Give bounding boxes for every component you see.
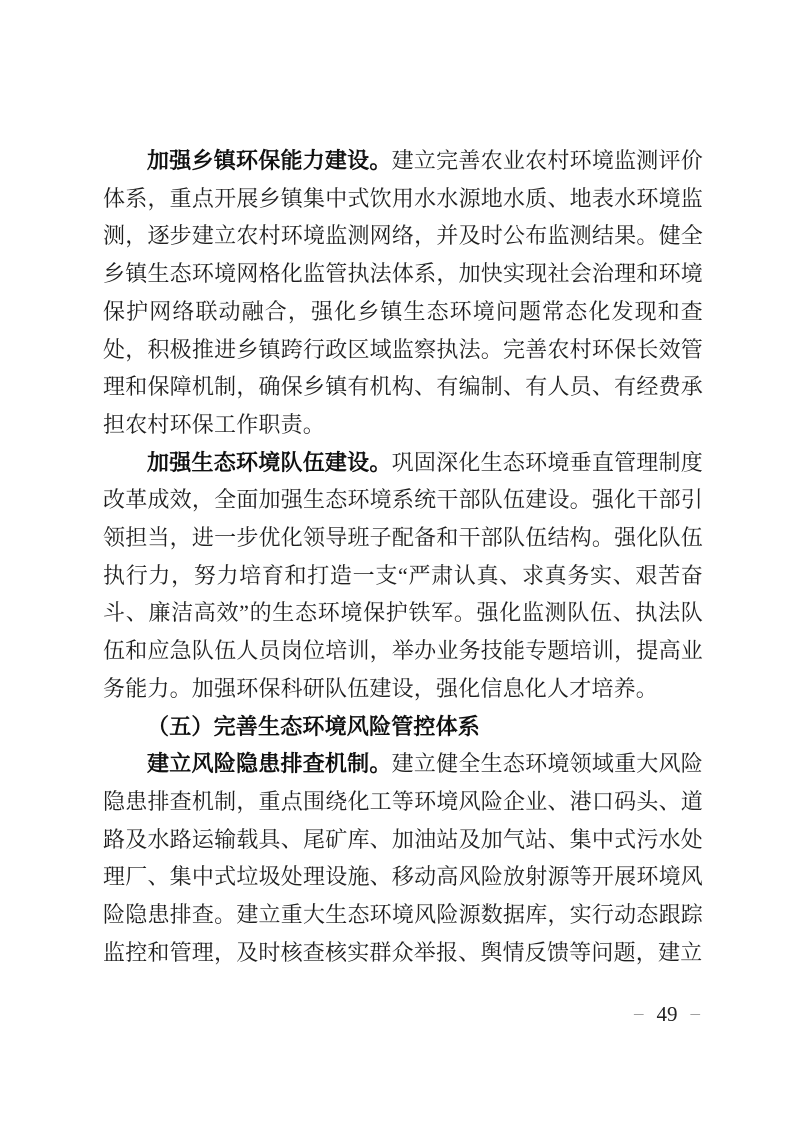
paragraph-lead-heading: 加强乡镇环保能力建设。 xyxy=(147,148,392,173)
paragraph: 加强生态环境队伍建设。巩固深化生态环境垂直管理制度改革成效，全面加强生态环境系统… xyxy=(103,444,703,708)
paragraph-body-text: 建立完善农业农村环境监测评价体系，重点开展乡镇集中式饮用水水源地水质、地表水环境… xyxy=(103,148,703,437)
paragraph-lead-heading: 加强生态环境队伍建设。 xyxy=(147,450,392,475)
document-page: 加强乡镇环保能力建设。建立完善农业农村环境监测评价体系，重点开展乡镇集中式饮用水… xyxy=(0,0,793,1122)
section-heading: （五）完善生态环境风险管控体系 xyxy=(103,708,703,746)
paragraph-lead-heading: 建立风险隐患排查机制。 xyxy=(147,751,392,776)
page-number: 49 xyxy=(657,1000,678,1028)
page-footer: – 49 – xyxy=(617,1000,717,1028)
paragraph: 建立风险隐患排查机制。建立健全生态环境领域重大风险隐患排查机制，重点围绕化工等环… xyxy=(103,745,703,971)
content-area: 加强乡镇环保能力建设。建立完善农业农村环境监测评价体系，重点开展乡镇集中式饮用水… xyxy=(103,142,703,971)
paragraph-body-text: 巩固深化生态环境垂直管理制度改革成效，全面加强生态环境系统干部队伍建设。强化干部… xyxy=(103,450,703,701)
paragraph-body-text: 建立健全生态环境领域重大风险隐患排查机制，重点围绕化工等环境风险企业、港口码头、… xyxy=(103,751,703,965)
footer-dash-left: – xyxy=(634,1000,644,1028)
footer-dash-right: – xyxy=(691,1000,701,1028)
paragraph: 加强乡镇环保能力建设。建立完善农业农村环境监测评价体系，重点开展乡镇集中式饮用水… xyxy=(103,142,703,444)
